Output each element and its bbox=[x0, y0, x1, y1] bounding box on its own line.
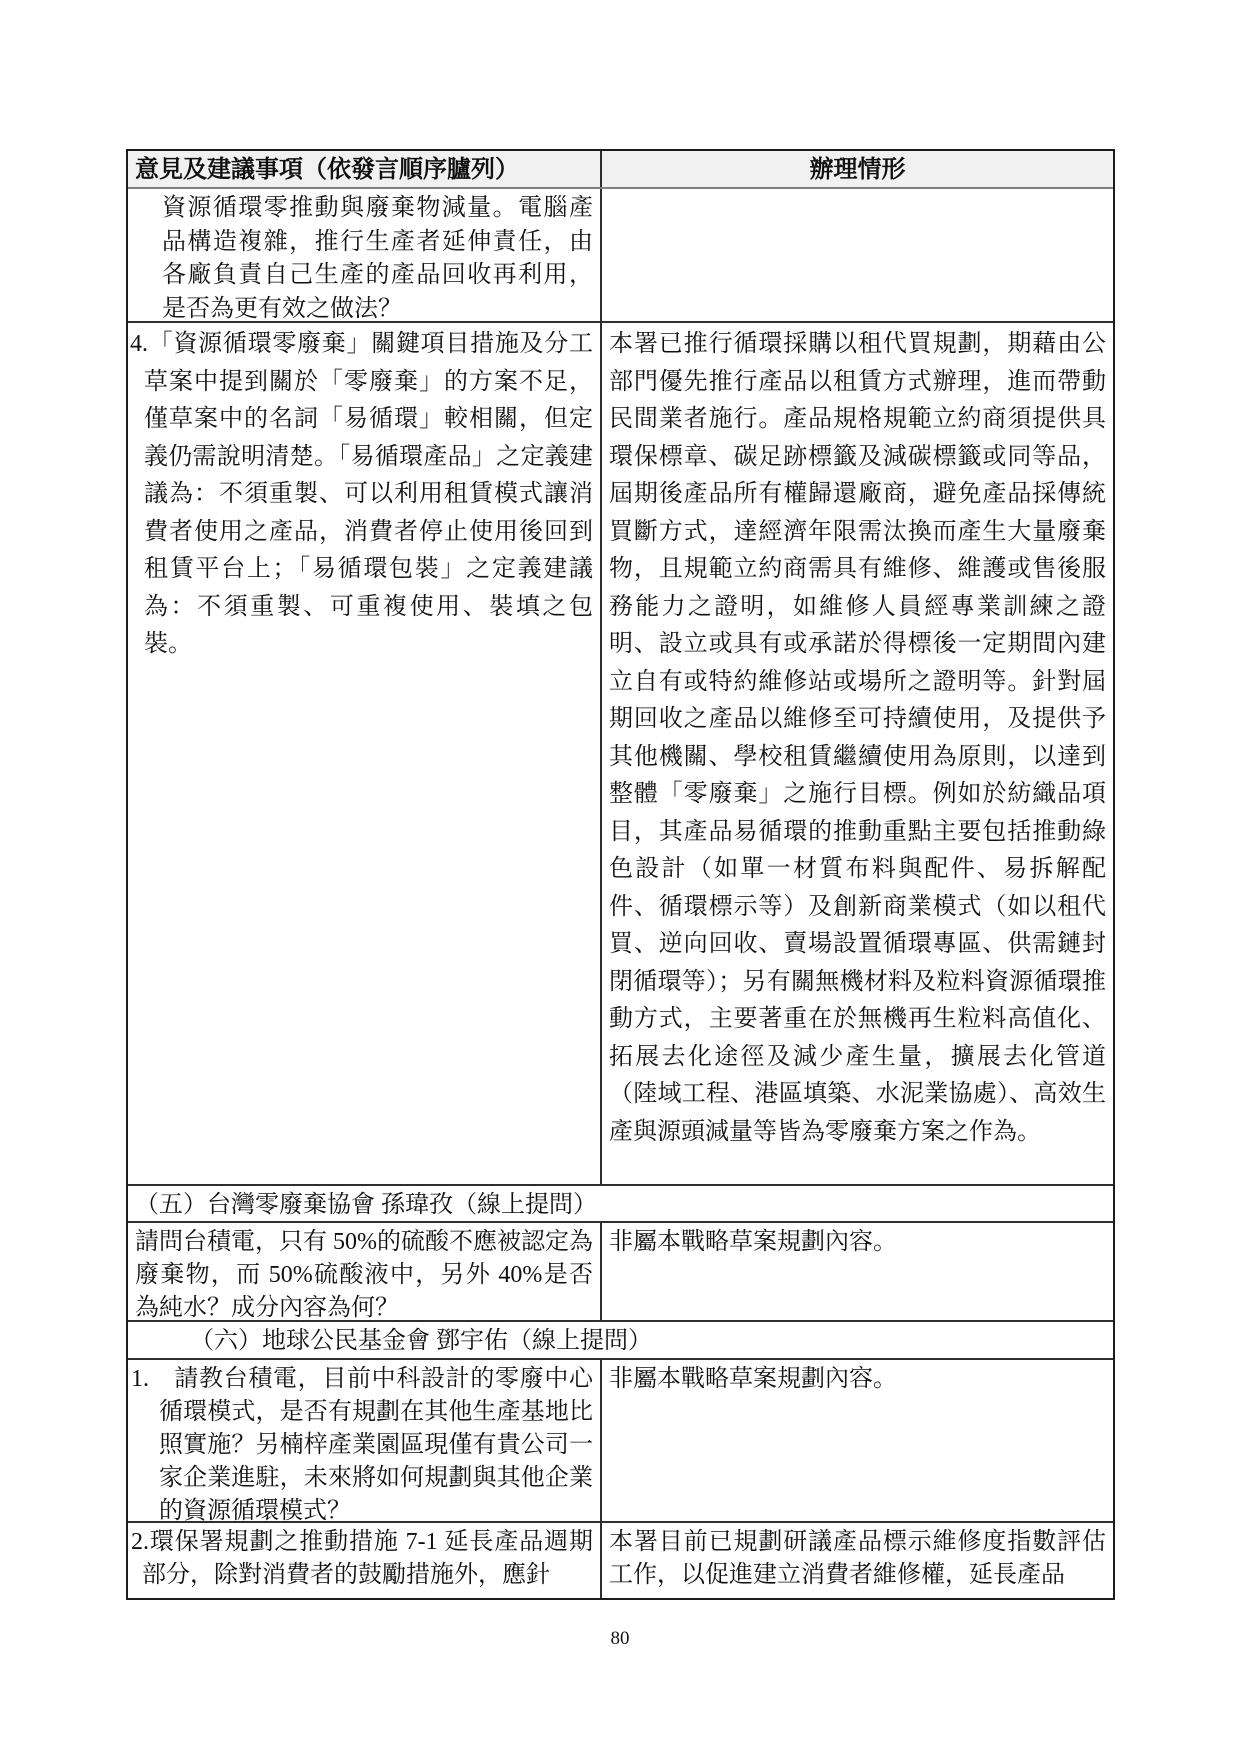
document-page: 意見及建議事項（依發言順序臚列） 辦理情形 資源循環零推動與廢棄物減量。電腦產品… bbox=[0, 0, 1240, 1753]
opinion-cell: 資源循環零推動與廢棄物減量。電腦產品構造複雜，推行生產者延伸責任，由各廠負責自己… bbox=[128, 189, 602, 321]
comments-table: 意見及建議事項（依發言順序臚列） 辦理情形 資源循環零推動與廢棄物減量。電腦產品… bbox=[126, 149, 1115, 1600]
table-row-question5: 請問台積電，只有 50%的硫酸不應被認定為廢棄物，而 50%硫酸液中，另外 40… bbox=[128, 1223, 1113, 1322]
table-row-question6-2: 2.環保署規劃之推動措施 7-1 延長產品週期部分，除對消費者的鼓勵措施外，應針… bbox=[128, 1523, 1113, 1598]
table-header-row: 意見及建議事項（依發言順序臚列） 辦理情形 bbox=[128, 151, 1113, 189]
section-title: （五）台灣零廢棄協會 孫瑋孜（線上提問） bbox=[128, 1186, 1113, 1221]
handling-cell: 非屬本戰略草案規劃內容。 bbox=[602, 1223, 1113, 1320]
opinion-cell: 4.「資源循環零廢棄」關鍵項目措施及分工草案中提到關於「零廢棄」的方案不足，僅草… bbox=[128, 323, 602, 1184]
handling-cell: 本署目前已規劃研議產品標示維修度指數評估工作，以促進建立消費者維修權，延長產品 bbox=[602, 1523, 1113, 1598]
section-row-5: （五）台灣零廢棄協會 孫瑋孜（線上提問） bbox=[128, 1186, 1113, 1223]
header-opinion-column: 意見及建議事項（依發言順序臚列） bbox=[128, 151, 602, 187]
table-row-carryover: 資源循環零推動與廢棄物減量。電腦產品構造複雜，推行生產者延伸責任，由各廠負責自己… bbox=[128, 189, 1113, 323]
handling-cell: 非屬本戰略草案規劃內容。 bbox=[602, 1360, 1113, 1521]
header-handling-column: 辦理情形 bbox=[602, 151, 1113, 187]
section-title: （六）地球公民基金會 鄧宇佑（線上提問） bbox=[128, 1322, 1113, 1358]
table-row-item4: 4.「資源循環零廢棄」關鍵項目措施及分工草案中提到關於「零廢棄」的方案不足，僅草… bbox=[128, 323, 1113, 1186]
opinion-cell: 2.環保署規劃之推動措施 7-1 延長產品週期部分，除對消費者的鼓勵措施外，應針 bbox=[128, 1523, 602, 1598]
opinion-cell: 1. 請教台積電，目前中科設計的零廢中心循環模式，是否有規劃在其他生產基地比照實… bbox=[128, 1360, 602, 1521]
page-number: 80 bbox=[0, 1628, 1240, 1650]
opinion-cell: 請問台積電，只有 50%的硫酸不應被認定為廢棄物，而 50%硫酸液中，另外 40… bbox=[128, 1223, 602, 1320]
section-row-6: （六）地球公民基金會 鄧宇佑（線上提問） bbox=[128, 1322, 1113, 1360]
table-row-question6-1: 1. 請教台積電，目前中科設計的零廢中心循環模式，是否有規劃在其他生產基地比照實… bbox=[128, 1360, 1113, 1523]
handling-cell bbox=[602, 189, 1113, 321]
handling-cell: 本署已推行循環採購以租代買規劃，期藉由公部門優先推行產品以租賃方式辦理，進而帶動… bbox=[602, 323, 1113, 1184]
